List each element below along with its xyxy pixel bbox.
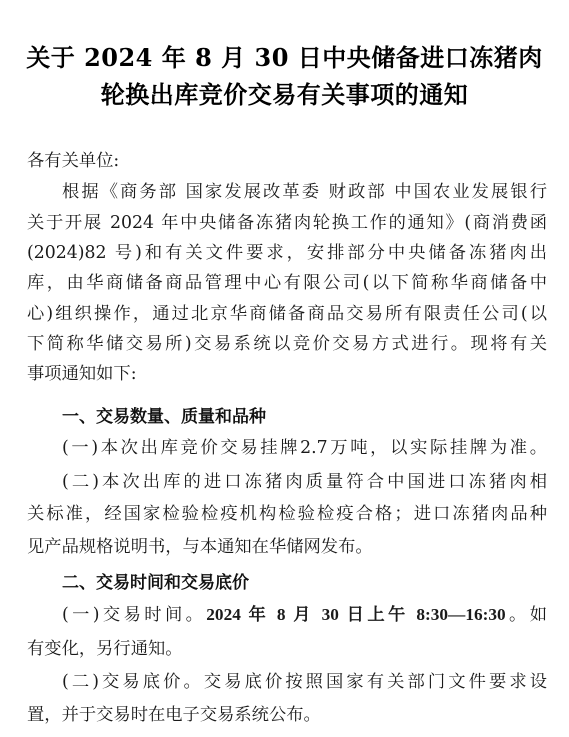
intro-line-5: 心)组织操作，通过北京华商储备商品交易所有限责任公司(以 <box>27 302 547 326</box>
section-2-item-1-line-2: 有变化，另行通知。 <box>27 637 547 661</box>
trading-time-suffix: 。如 <box>506 605 547 625</box>
trading-time-label: (一)交易时间。 <box>62 605 206 625</box>
section-2-heading: 二、交易时间和交易底价 <box>62 571 249 595</box>
section-2-item-2-line-1: (二)交易底价。交易底价按照国家有关部门文件要求设 <box>62 670 547 694</box>
intro-line-4: 库，由华商储备商品管理中心有限公司(以下简称华商储备中 <box>27 271 547 295</box>
section-1-heading: 一、交易数量、质量和品种 <box>62 405 266 429</box>
section-1-item-2-line-3: 见产品规格说明书，与本通知在华储网发布。 <box>27 535 547 559</box>
salutation: 各有关单位: <box>27 149 547 173</box>
trading-time-value: 2024 年 8 月 30 日上午 8:30—16:30 <box>206 605 505 624</box>
section-1-item-2-line-2: 关标准，经国家检验检疫机构检验检疫合格；进口冻猪肉品种 <box>27 502 547 526</box>
intro-line-2: 关于开展 2024 年中央储备冻猪肉轮换工作的通知》(商消费函 <box>27 211 547 235</box>
section-2-item-2-line-2: 置，并于交易时在电子交易系统公布。 <box>27 703 547 727</box>
document-title-line-1: 关于 2024 年 8 月 30 日中央储备进口冻猪肉 <box>0 43 569 73</box>
intro-line-3: (2024)82 号)和有关文件要求，安排部分中央储备冻猪肉出 <box>27 241 547 265</box>
intro-line-6: 下简称华储交易所)交易系统以竞价交易方式进行。现将有关 <box>27 332 547 356</box>
section-2-item-1-line-1: (一)交易时间。2024 年 8 月 30 日上午 8:30—16:30。如 <box>62 603 547 627</box>
intro-line-1: 根据《商务部 国家发展改革委 财政部 中国农业发展银行 <box>62 180 547 204</box>
section-1-item-2-line-1: (二)本次出库的进口冻猪肉质量符合中国进口冻猪肉相 <box>62 470 547 494</box>
intro-line-7: 事项通知如下: <box>27 362 547 386</box>
section-1-item-1-line-1: (一)本次出库竞价交易挂牌2.7万吨，以实际挂牌为准。 <box>62 436 547 460</box>
notice-document: 关于 2024 年 8 月 30 日中央储备进口冻猪肉 轮换出库竞价交易有关事项… <box>0 0 569 737</box>
document-title-line-2: 轮换出库竞价交易有关事项的通知 <box>0 80 569 110</box>
